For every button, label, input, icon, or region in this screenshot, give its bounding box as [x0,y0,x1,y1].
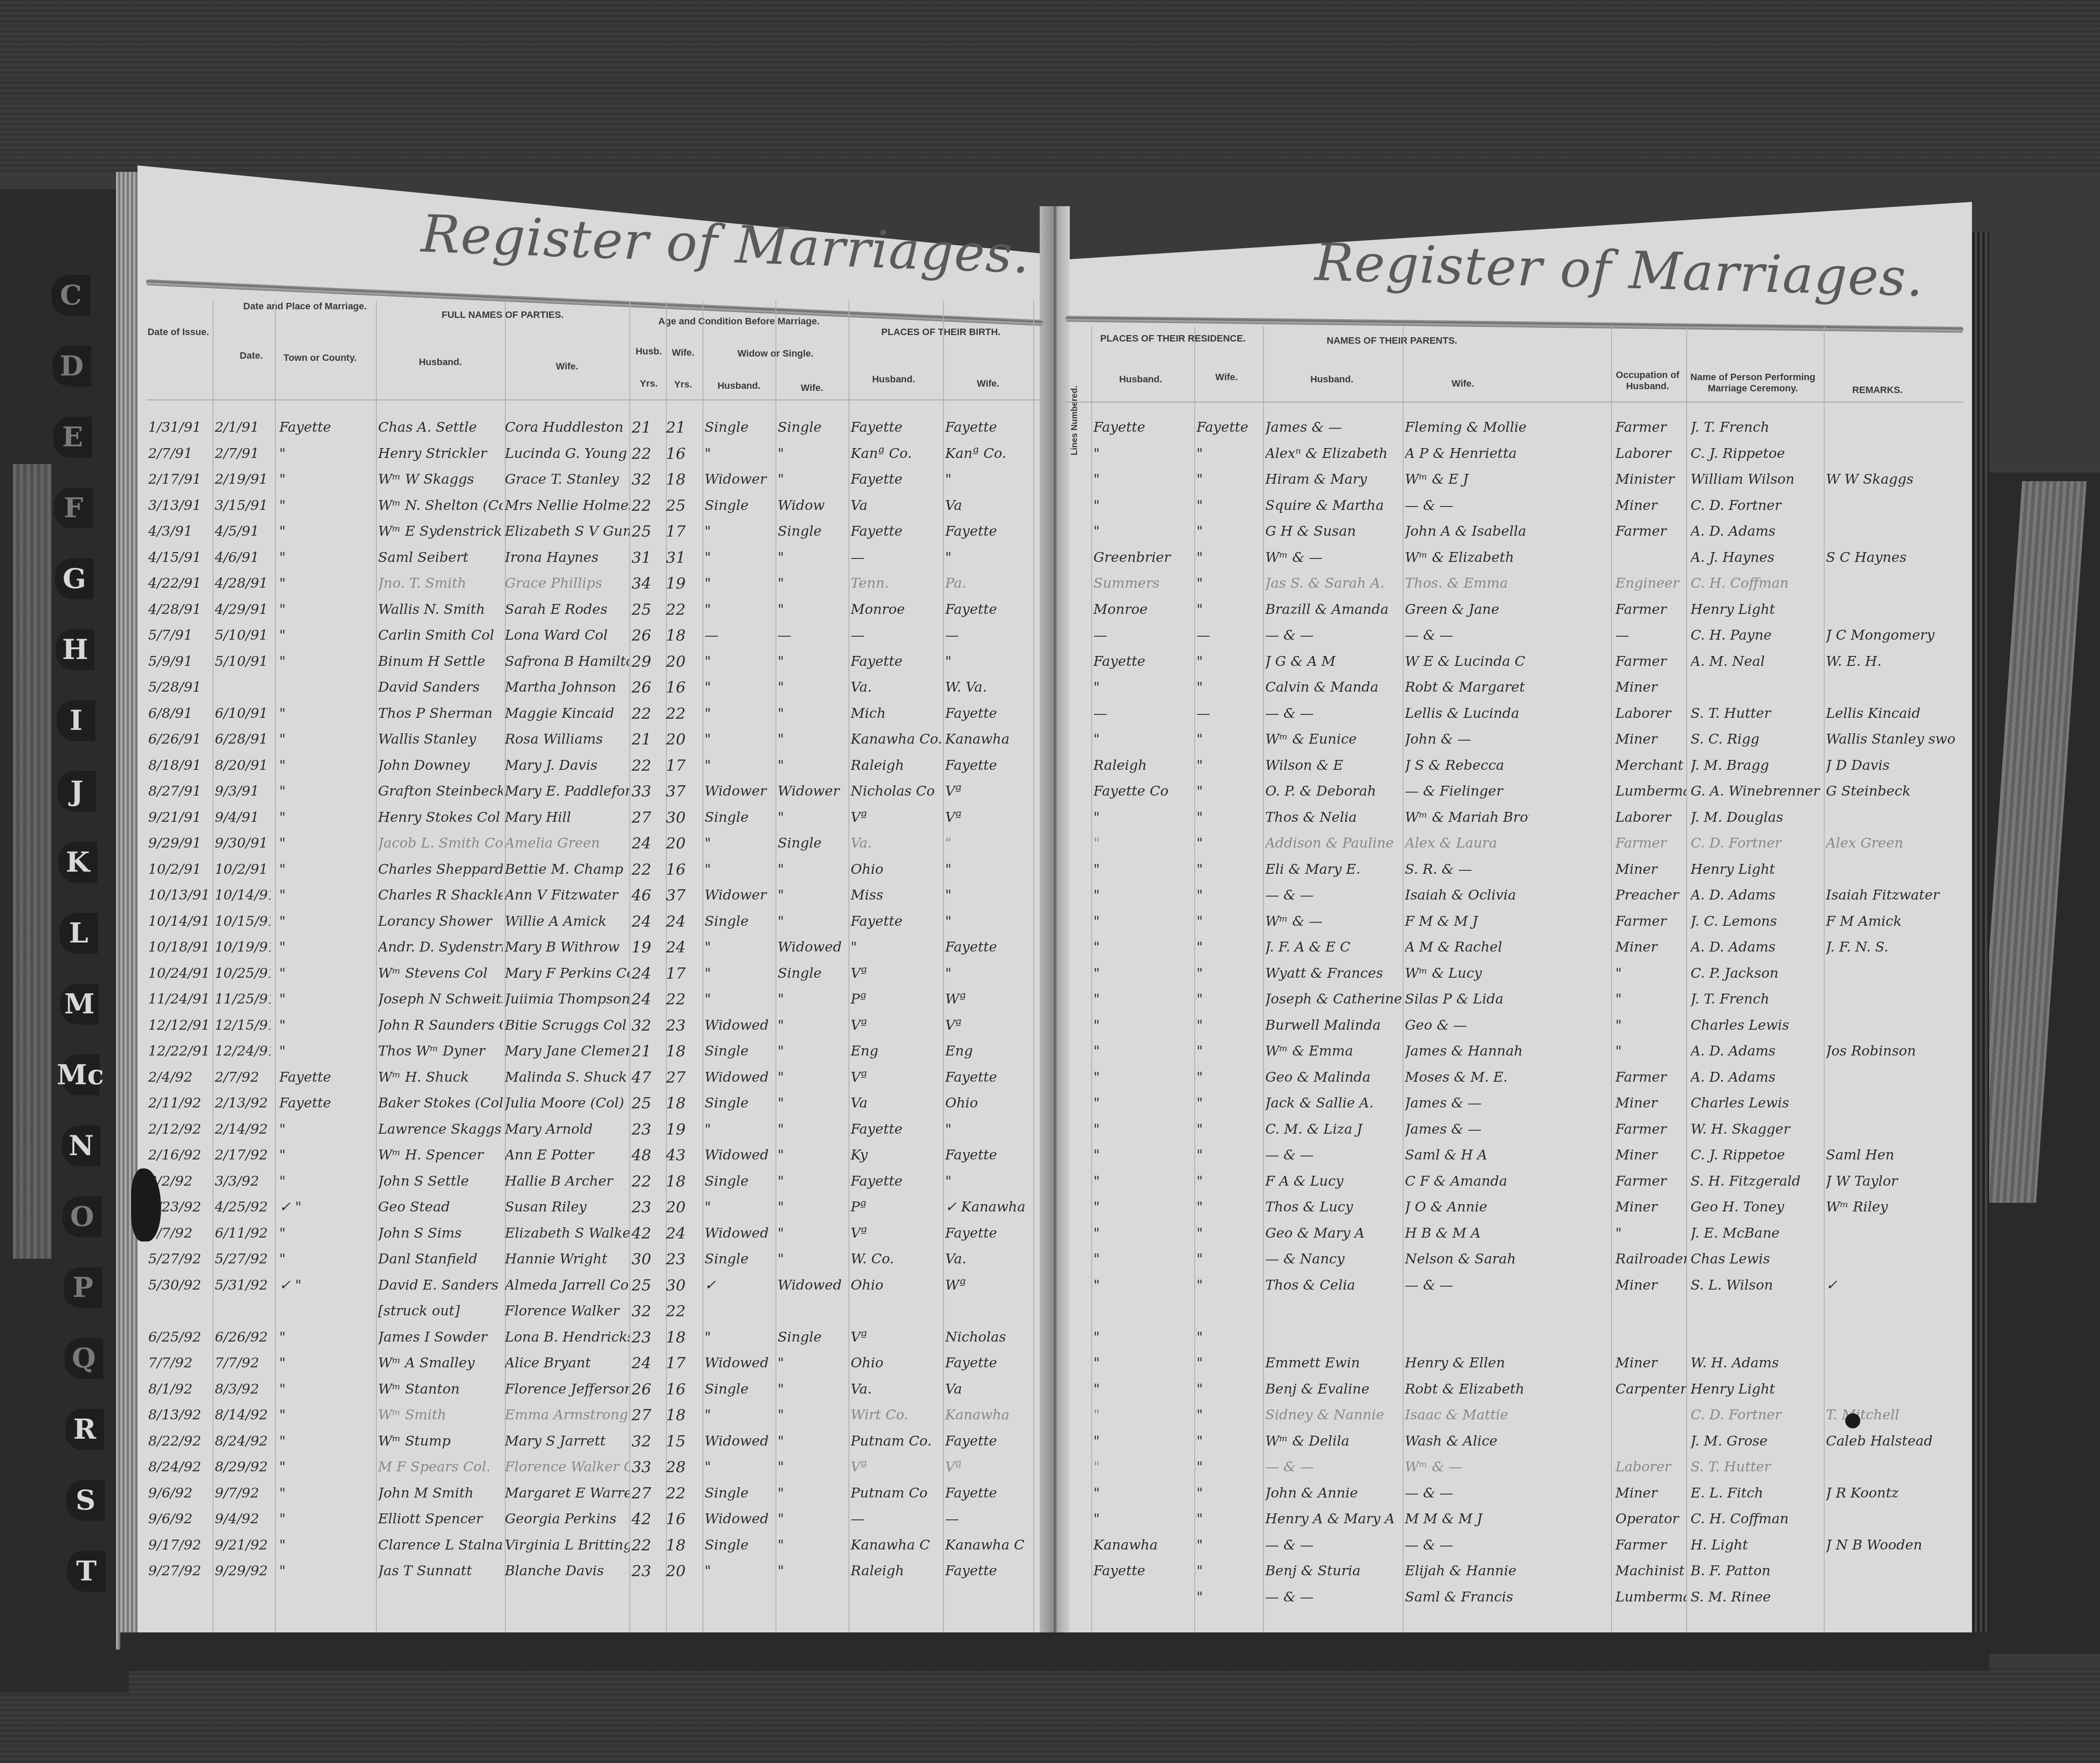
cell-occupation: Farmer [1615,1121,1686,1137]
cell-husband: David Sanders [378,679,503,695]
cell-place: " [279,965,374,981]
cell-w-res: " [1197,965,1259,981]
index-tab-e[interactable]: E [53,417,92,458]
cell-w-cond: " [778,1225,849,1241]
cell-w-age: 24 [666,939,700,956]
cell-w-res: " [1197,1589,1259,1605]
cell-wife: Sarah E Rodes [505,601,629,617]
cell-place: " [279,1458,374,1475]
cell-wife: Alice Bryant [505,1354,629,1371]
cell-w-birth: " [945,549,1031,565]
cell-husband: Clarence L Stalnaker [378,1537,503,1553]
cell-h-res: Fayette [1093,653,1192,669]
cell-h-res: " [1093,939,1192,955]
cell-place: " [279,887,374,903]
cell-occupation: Merchant [1615,757,1686,773]
header-lines-numbered: Lines Numbered. [1070,326,1087,455]
cell-h-age: 22 [632,705,666,723]
cell-w-birth: Va [945,497,1031,513]
cell-h-cond: Widower [705,887,775,903]
cell-w-cond: " [778,1095,849,1111]
cell-w-age: 18 [666,627,700,644]
cell-w-age: 18 [666,471,700,488]
cell-h-parents: Benj & Evaline [1265,1381,1403,1397]
cell-w-age: 22 [666,1485,700,1502]
cell-h-birth: Ohio [851,1277,941,1293]
index-tab-m[interactable]: M [60,984,99,1025]
cell-h-birth: Fayette [851,1121,941,1137]
cell-husband: Lawrence Skaggs [378,1121,503,1137]
cell-h-parents: Wyatt & Frances [1265,965,1403,981]
cell-officiant: C. H. Coffman [1691,575,1824,591]
cell-w-res: " [1197,1095,1259,1111]
cell-w-cond: " [778,575,849,591]
cell-wife: Susan Riley [505,1199,629,1215]
cell-w-cond: " [778,861,849,877]
cell-h-cond: Widowed [705,1147,775,1163]
cell-officiant: J. M. Douglas [1691,809,1824,825]
cell-occupation: Miner [1615,1354,1686,1371]
cell-w-age: 20 [666,1562,700,1580]
cell-w-age: 30 [666,809,700,827]
cell-husband: John Downey [378,757,503,773]
cell-w-cond: Single [778,965,849,981]
cell-h-cond: " [705,731,775,747]
header-yrs-wife: Yrs. [666,379,700,390]
column-rule [1033,301,1034,1637]
cell-w-birth: " [945,1173,1031,1189]
cell-officiant: C. D. Fortner [1691,1406,1824,1423]
index-tab-s[interactable]: S [66,1480,105,1521]
index-tab-r[interactable]: R [65,1409,104,1450]
cell-place: " [279,1510,374,1527]
cell-date: 8/24/92 [215,1433,271,1449]
cell-h-res: " [1093,913,1192,929]
index-tab-f[interactable]: F [54,488,93,528]
index-tab-g[interactable]: G [55,558,94,599]
cell-h-age: 21 [632,1043,666,1060]
cell-h-parents: J. F. A & E C [1265,939,1403,955]
cell-officiant: Chas Lewis [1691,1251,1824,1267]
cell-w-cond: " [778,705,849,721]
cell-w-parents: S. R. & — [1405,861,1529,877]
cell-date: 4/6/91 [215,549,271,565]
cell-husband: Jacob L. Smith Col. [378,835,503,851]
cell-h-age: 24 [632,991,666,1008]
cell-w-res: " [1197,939,1259,955]
cell-remarks: J R Koontz [1826,1485,1955,1501]
cell-wife: Lucinda G. Young [505,445,629,461]
cell-h-res: " [1093,445,1192,461]
scanner-background [0,0,2100,172]
cell-h-cond: " [705,679,775,695]
cell-remarks: J C Mongomery [1826,627,1955,643]
cell-w-res: " [1197,861,1259,877]
cell-occupation: Miner [1615,1095,1686,1111]
cell-w-parents: — & — [1405,1277,1529,1293]
cell-officiant: H. Light [1691,1537,1824,1553]
cell-place: " [279,1225,374,1241]
cell-officiant: C. H. Payne [1691,627,1824,643]
cell-h-parents: C. M. & Liza J [1265,1121,1403,1137]
cell-h-birth: Nicholas Co [851,783,941,799]
cell-h-parents: Hiram & Mary [1265,471,1403,487]
cell-h-cond: " [705,1406,775,1423]
book-gutter [1040,206,1070,1650]
cell-h-birth: Wirt Co. [851,1406,941,1423]
cell-h-cond: " [705,939,775,955]
cell-h-birth: — [851,1510,941,1527]
cell-remarks: F M Amick [1826,913,1955,929]
cell-occupation: Preacher [1615,887,1686,903]
cell-h-age: 27 [632,1485,666,1502]
cell-wife: Mary F Perkins Col [505,965,629,981]
header-husb: Husb. [632,346,666,357]
cell-date: 10/14/91 [215,887,271,903]
header-birth-husband: Husband. [851,374,937,385]
cell-remarks: S C Haynes [1826,549,1955,565]
index-tab-h[interactable]: H [56,629,95,670]
cell-h-age: 26 [632,679,666,696]
cell-w-cond: " [778,1458,849,1475]
cell-h-parents: — & — [1265,1589,1403,1605]
cell-w-res: " [1197,445,1259,461]
cell-place: " [279,1354,374,1371]
cell-w-res: " [1197,1043,1259,1059]
header-res-husband: Husband. [1091,374,1190,385]
cell-h-age: 25 [632,523,666,540]
cell-husband: Binum H Settle [378,653,503,669]
column-rule [213,301,214,1637]
index-tab-q[interactable]: Q [64,1338,103,1379]
cell-w-birth: ✓ Kanawha [945,1199,1031,1215]
cell-w-res: " [1197,1251,1259,1267]
cell-h-res: Fayette Co [1093,783,1192,799]
cell-w-cond: " [778,809,849,825]
header-husband: Husband. [378,357,503,368]
cell-issue: 8/1/92 [148,1381,213,1397]
cell-w-age: 18 [666,1329,700,1346]
cell-h-age: 24 [632,965,666,982]
cell-wife: Safrona B Hamilton [505,653,629,669]
cell-h-parents: G H & Susan [1265,523,1403,539]
cell-date: 10/25/91 [215,965,271,981]
cell-w-res: " [1197,1225,1259,1241]
cell-w-age: 16 [666,679,700,696]
cell-w-age: 23 [666,1251,700,1268]
cell-h-parents: Brazill & Amanda [1265,601,1403,617]
cell-issue: 10/14/91 [148,913,213,929]
cell-date: 4/25/92 [215,1199,271,1215]
column-rule [775,301,776,1637]
cell-place: " [279,1485,374,1501]
cell-officiant: J. T. French [1691,991,1824,1007]
header-birth-wife: Wife. [945,378,1031,389]
cell-w-age: 18 [666,1406,700,1424]
header-age-condition-group: Age and Condition Before Marriage. [632,316,846,327]
cell-husband: John M Smith [378,1485,503,1501]
cell-occupation: Operator [1615,1510,1686,1527]
cell-h-birth: Putnam Co. [851,1433,941,1449]
cell-w-parents: A M & Rachel [1405,939,1529,955]
cell-h-age: 22 [632,1173,666,1190]
cell-w-birth: Kanª Co. [945,445,1031,461]
cell-w-cond: " [778,679,849,695]
cell-h-age: 31 [632,549,666,567]
header-date: Date. [232,350,271,361]
cell-w-res: " [1197,1121,1259,1137]
cell-date: 8/20/91 [215,757,271,773]
cell-h-parents: F A & Lucy [1265,1173,1403,1189]
column-rule [849,301,849,1637]
cell-h-parents: Eli & Mary E. [1265,861,1403,877]
cell-w-res: " [1197,679,1259,695]
cell-w-cond: " [778,1017,849,1033]
cell-w-cond: — [778,627,849,643]
cell-h-parents: Geo & Malinda [1265,1069,1403,1085]
index-tab-t[interactable]: T [67,1551,106,1592]
cell-w-birth: Nicholas [945,1329,1031,1345]
cell-issue: 2/4/92 [148,1069,213,1085]
cell-w-cond: " [778,1121,849,1137]
cell-h-parents: Thos & Nelia [1265,809,1403,825]
cell-h-birth: Vª [851,809,941,825]
index-tab-o[interactable]: O [63,1196,101,1237]
cell-h-res: " [1093,1173,1192,1189]
cell-w-parents: — & — [1405,627,1529,643]
cell-place: " [279,497,374,513]
cell-occupation: Farmer [1615,1069,1686,1085]
cell-husband: John S Settle [378,1173,503,1189]
cell-husband: Baker Stokes (Col) [378,1095,503,1111]
cell-w-age: 27 [666,1069,700,1086]
cell-issue: 7/7/92 [148,1354,213,1371]
cell-w-age: 37 [666,887,700,904]
cell-w-age: 18 [666,1095,700,1112]
cell-w-age: 17 [666,1354,700,1372]
cell-occupation: " [1615,1017,1686,1033]
cell-w-parents: Silas P & Lida [1405,991,1529,1007]
cell-h-cond: Single [705,1173,775,1189]
cell-w-cond: Single [778,523,849,539]
cell-remarks: J W Taylor [1826,1173,1955,1189]
cell-husband: Grafton Steinbeck [378,783,503,799]
cell-h-birth: Vª [851,1329,941,1345]
cell-w-age: 22 [666,1302,700,1320]
cell-w-age: 17 [666,523,700,540]
cell-w-res: " [1197,1485,1259,1501]
cell-h-birth: Vª [851,1017,941,1033]
cell-wife: Mrs Nellie Holmes [505,497,629,513]
cell-place: ✓ " [279,1199,374,1215]
index-tab-n[interactable]: N [62,1126,101,1166]
cell-date: 12/15/91 [215,1017,271,1033]
cell-w-age: 16 [666,861,700,878]
cell-w-birth: Fayette [945,757,1031,773]
cell-issue: 2/11/92 [148,1095,213,1111]
cell-w-cond: " [778,1199,849,1215]
cell-w-parents: Saml & Francis [1405,1589,1529,1605]
cell-issue: 11/24/91 [148,991,213,1007]
cell-issue: 5/28/91 [148,679,213,695]
cell-occupation: Farmer [1615,1173,1686,1189]
cell-wife: Bettie M. Champ [505,861,629,877]
cell-w-age: 16 [666,1510,700,1528]
cell-place: " [279,1173,374,1189]
cell-w-birth: " [945,653,1031,669]
cell-date: 8/29/92 [215,1458,271,1475]
cell-w-parents: — & Fielinger [1405,783,1529,799]
index-tab-l[interactable]: L [59,913,98,954]
header-date-place-group: Date and Place of Marriage. [232,301,378,312]
cell-h-age: 27 [632,1406,666,1424]
cell-h-parents: Squire & Martha [1265,497,1403,513]
cell-h-parents: James & — [1265,419,1403,435]
cell-date: 9/4/91 [215,809,271,825]
cell-h-age: 32 [632,1433,666,1450]
cell-issue: 4/15/91 [148,549,213,565]
cell-w-cond: " [778,1381,849,1397]
cell-occupation: " [1615,965,1686,981]
cell-place: ✓ " [279,1277,374,1293]
cell-w-parents: Geo & — [1405,1017,1529,1033]
cell-issue: 9/29/91 [148,835,213,851]
index-tab-j[interactable]: J [58,771,96,812]
cell-w-parents: — & — [1405,497,1529,513]
cell-w-res: " [1197,1510,1259,1527]
cell-w-parents: Moses & M. E. [1405,1069,1529,1085]
cell-place: Fayette [279,1095,374,1111]
cell-occupation: Miner [1615,861,1686,877]
cell-w-cond: " [778,1173,849,1189]
cell-w-res: " [1197,575,1259,591]
cell-issue: 5/27/92 [148,1251,213,1267]
cell-date: 2/19/91 [215,471,271,487]
column-rule [702,301,703,1637]
cell-date: 9/29/92 [215,1562,271,1579]
cell-h-age: 32 [632,1302,666,1320]
cell-h-birth: Vª [851,1458,941,1475]
cell-w-cond: " [778,991,849,1007]
index-tab-i[interactable]: I [57,700,95,741]
cell-husband: Wᵐ Stump [378,1433,503,1449]
cell-date: 8/3/92 [215,1381,271,1397]
cell-h-parents: Wᵐ & — [1265,913,1403,929]
cell-w-parents: Isaac & Mattie [1405,1406,1529,1423]
cell-w-birth: Wª [945,991,1031,1007]
cell-occupation: Miner [1615,731,1686,747]
cell-h-age: 25 [632,1095,666,1112]
cell-occupation: — [1615,627,1686,643]
cell-h-birth: W. Co. [851,1251,941,1267]
cell-h-parents: Addison & Pauline [1265,835,1403,851]
cell-wife: Mary S Jarrett [505,1433,629,1449]
cell-h-parents: Wᵐ & Delila [1265,1433,1403,1449]
cell-w-res: " [1197,471,1259,487]
cell-place: Fayette [279,1069,374,1085]
cell-w-birth: " [945,471,1031,487]
cell-date: 10/19/91 [215,939,271,955]
cell-place: " [279,627,374,643]
cell-w-birth: Kanawha [945,1406,1031,1423]
cell-date: 11/25/91 [215,991,271,1007]
cell-issue: 2/7/91 [148,445,213,461]
cell-occupation: Miner [1615,1277,1686,1293]
cell-h-birth: Miss [851,887,941,903]
cell-officiant: Henry Light [1691,1381,1824,1397]
header-occupation: Occupation of Husband. [1615,369,1680,392]
cell-w-parents: Thos. & Emma [1405,575,1529,591]
index-tab-k[interactable]: K [58,842,97,883]
cell-wife: Mary J. Davis [505,757,629,773]
cell-w-birth: Fayette [945,1433,1031,1449]
cell-w-birth: Eng [945,1043,1031,1059]
cell-husband: Lorancy Shower [378,913,503,929]
cell-w-res: " [1197,731,1259,747]
cell-wife: Florence Walker Col [505,1458,629,1475]
cell-wife: Mary Jane Clement [505,1043,629,1059]
cell-date: 2/7/91 [215,445,271,461]
cell-w-parents: James & — [1405,1121,1529,1137]
cell-h-cond: " [705,835,775,851]
cell-wife: Mary Arnold [505,1121,629,1137]
cell-h-age: 46 [632,887,666,904]
cell-w-res: " [1197,1147,1259,1163]
cell-h-age: 23 [632,1121,666,1138]
cell-place: " [279,1121,374,1137]
cell-h-birth: Fayette [851,419,941,435]
cell-h-res: " [1093,471,1192,487]
cell-officiant: Charles Lewis [1691,1095,1824,1111]
index-tab-mc[interactable]: Mc [61,1055,100,1095]
index-tab-d[interactable]: D [52,346,91,387]
cell-husband: Geo Stead [378,1199,503,1215]
index-tab-c[interactable]: C [52,275,90,316]
cell-husband: Wᵐ H. Shuck [378,1069,503,1085]
cell-occupation: Farmer [1615,835,1686,851]
cell-issue: 9/6/92 [148,1510,213,1527]
cell-officiant: A. M. Neal [1691,653,1824,669]
cell-issue: 2/16/92 [148,1147,213,1163]
cell-w-cond: " [778,1069,849,1085]
cell-h-res: " [1093,1069,1192,1085]
cell-wife: Lona Ward Col [505,627,629,643]
cell-w-birth: Fayette [945,601,1031,617]
cell-date: 10/15/91 [215,913,271,929]
cell-occupation: Carpenter [1615,1381,1686,1397]
left-page-edges [116,172,137,1650]
cell-w-birth: Fayette [945,939,1031,955]
cell-date: 6/26/92 [215,1329,271,1345]
cell-w-age: 16 [666,1381,700,1398]
cell-w-birth: " [945,913,1031,929]
index-tab-p[interactable]: P [64,1267,102,1308]
cell-officiant: W. H. Adams [1691,1354,1824,1371]
cell-occupation: Machinist [1615,1562,1686,1579]
scanner-background [0,1667,2100,1763]
cell-w-birth: Fayette [945,1562,1031,1579]
cell-wife: Juiimia Thompson [505,991,629,1007]
cell-w-age: 16 [666,445,700,463]
cell-h-cond: " [705,653,775,669]
cell-issue: 10/18/91 [148,939,213,955]
cell-h-birth: Pª [851,1199,941,1215]
cell-w-cond: Widow [778,497,849,513]
cell-officiant: A. D. Adams [1691,939,1824,955]
cell-date: 8/14/92 [215,1406,271,1423]
cell-h-cond: Single [705,1251,775,1267]
cell-h-res: " [1093,1277,1192,1293]
